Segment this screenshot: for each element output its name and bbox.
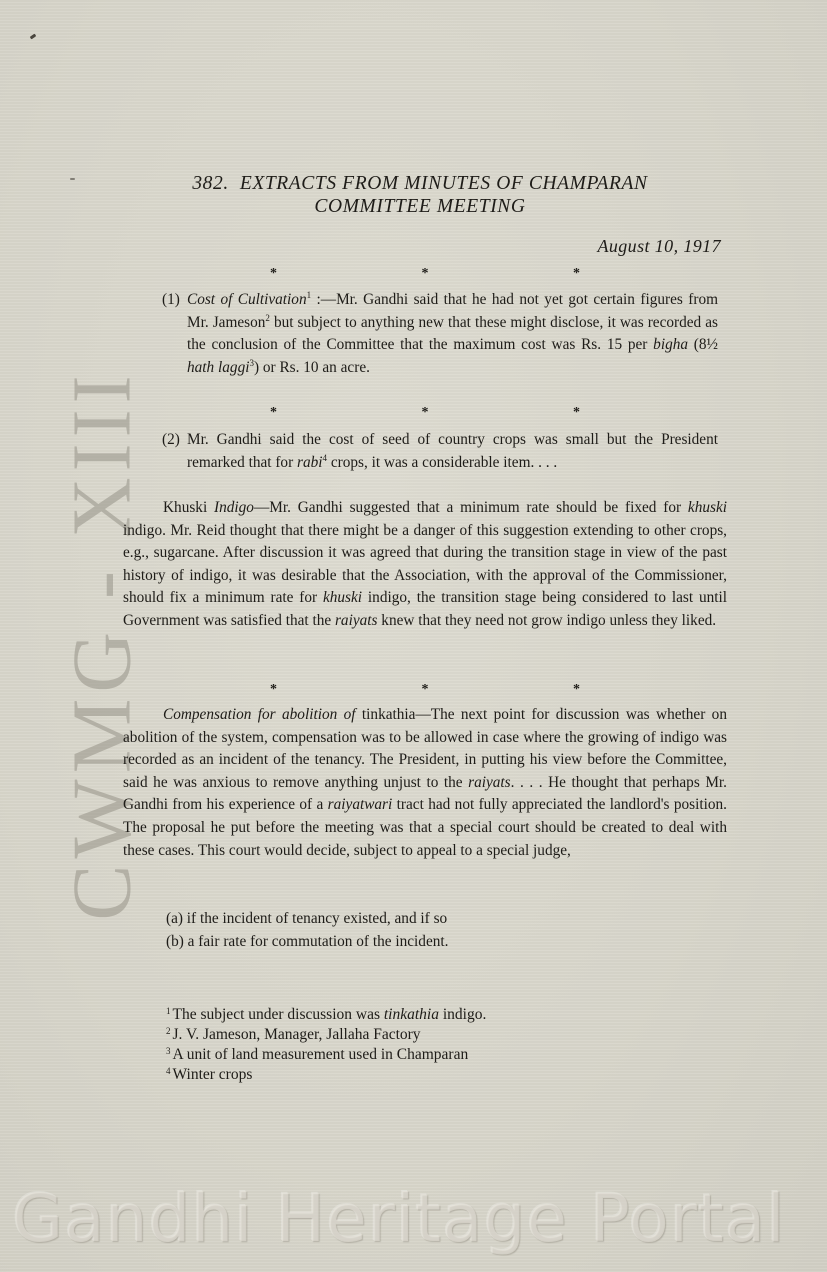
para-lead-em: Indigo (214, 499, 254, 516)
term: hath laggi (187, 359, 249, 376)
asterisk: * (573, 405, 580, 421)
para-text: —Mr. Gandhi suggested that a minimum rat… (254, 499, 688, 516)
footnote-text: indigo. (439, 1006, 486, 1023)
term: khuski (688, 499, 727, 516)
asterisk: * (422, 266, 429, 282)
para-text: crops, it was a considerable item. . . . (327, 454, 557, 471)
document-date: August 10, 1917 (597, 236, 721, 257)
term: raiyatwari (328, 796, 393, 813)
asterisk: * (422, 682, 429, 698)
para-lead: Khuski (163, 499, 214, 516)
para-1-body: Cost of Cultivation1 :—Mr. Gandhi said t… (187, 289, 718, 379)
ink-speck (70, 178, 75, 180)
document-number: 382. (192, 173, 229, 194)
para-1-number: (1) (162, 289, 180, 312)
asterisk: * (270, 266, 277, 282)
sub-item-b: (b) a fair rate for commutation of the i… (166, 931, 448, 954)
para-2-body: Mr. Gandhi said the cost of seed of coun… (187, 429, 718, 474)
document-title: 382. EXTRACTS FROM MINUTES OF CHAMPARAN … (150, 172, 690, 218)
para-text: ) or Rs. 10 an acre. (254, 359, 370, 376)
footnote-2: 2J. V. Jameson, Manager, Jallaha Factory (166, 1025, 486, 1045)
footnote-mark: 4 (166, 1066, 171, 1076)
asterisk: * (422, 405, 429, 421)
term: tinkathia (384, 1006, 439, 1023)
para-compensation: Compensation for abolition of tinkathia—… (123, 704, 727, 862)
footnote-mark: 1 (166, 1006, 171, 1016)
footnote-4: 4Winter crops (166, 1065, 486, 1085)
para-2-number: (2) (162, 429, 180, 452)
sub-item-a: (a) if the incident of tenancy existed, … (166, 908, 447, 931)
footnote-text: J. V. Jameson, Manager, Jallaha Factory (173, 1026, 421, 1043)
section-separator: * * * (270, 405, 580, 421)
footnote-mark: 3 (166, 1046, 171, 1056)
para-text: knew that they need not grow indigo unle… (377, 612, 716, 629)
footnote-1: 1The subject under discussion was tinkat… (166, 1005, 486, 1025)
term: khuski (323, 589, 362, 606)
term: raiyats (335, 612, 378, 629)
asterisk: * (270, 682, 277, 698)
title-line-1: EXTRACTS FROM MINUTES OF CHAMPARAN (240, 173, 648, 194)
asterisk: * (270, 405, 277, 421)
asterisk: * (573, 266, 580, 282)
section-separator: * * * (270, 266, 580, 282)
section-separator: * * * (270, 682, 580, 698)
term: bigha (653, 336, 688, 353)
para-text: (8½ (688, 336, 718, 353)
term: raiyats (468, 774, 511, 791)
footnotes: 1The subject under discussion was tinkat… (166, 1005, 486, 1085)
para-lead-em: Compensation for abolition of (163, 706, 356, 723)
asterisk: * (573, 682, 580, 698)
para-1-heading: Cost of Cultivation (187, 291, 307, 308)
footnote-text: The subject under discussion was (173, 1006, 384, 1023)
bottom-watermark: Gandhi Heritage Portal (12, 1180, 812, 1257)
para-khuski-indigo: Khuski Indigo—Mr. Gandhi suggested that … (123, 497, 727, 633)
footnote-mark: 2 (166, 1026, 171, 1036)
title-line-2: COMMITTEE MEETING (150, 195, 690, 218)
footnote-text: A unit of land measurement used in Champ… (173, 1046, 469, 1063)
term: rabi (297, 454, 323, 471)
footnote-3: 3A unit of land measurement used in Cham… (166, 1045, 486, 1065)
footnote-text: Winter crops (173, 1066, 253, 1083)
